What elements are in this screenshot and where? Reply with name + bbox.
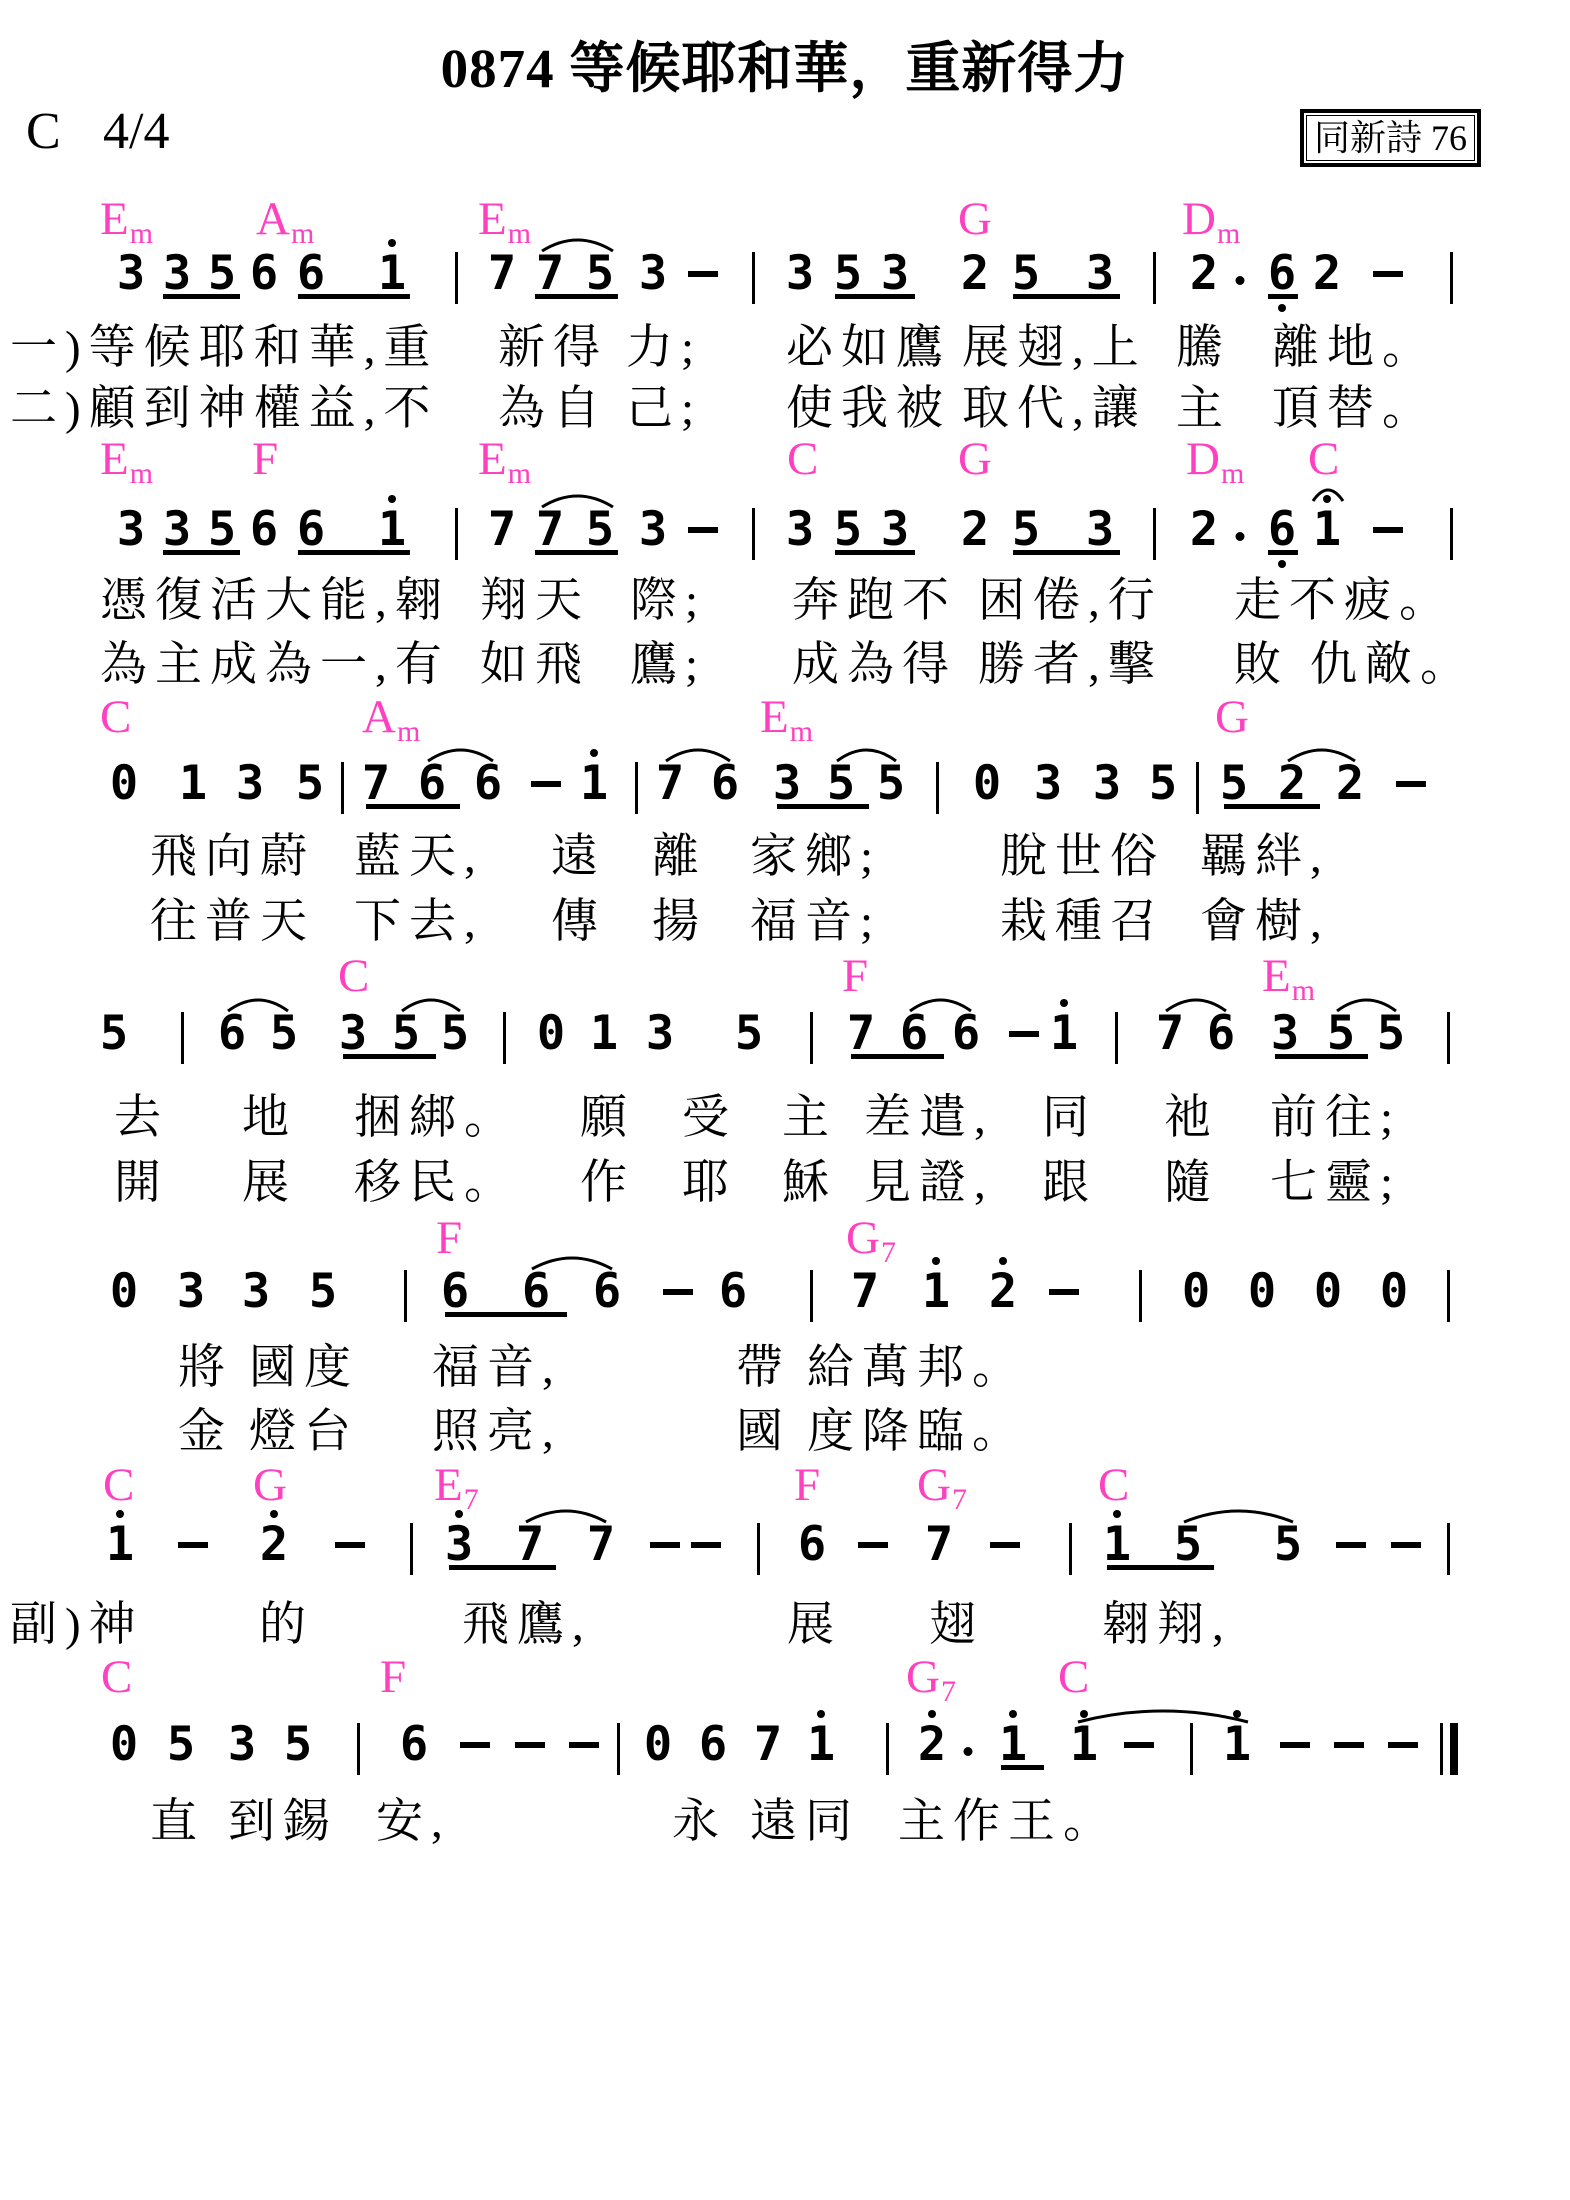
barline — [810, 1012, 813, 1064]
octave-dot-above — [590, 749, 598, 757]
note-digit: 3 — [117, 250, 145, 297]
note-digit: 3 — [163, 506, 191, 553]
key-signature: C — [26, 102, 61, 161]
note-digit: 6 — [474, 760, 502, 807]
barline — [1139, 1270, 1142, 1322]
hymn-sheet-page: 0874 等候耶和華，重新得力 C 4/4 同新詩 76 EmAmEmGDm33… — [0, 0, 1570, 2200]
octave-dot-above — [1113, 1510, 1121, 1518]
tie-arc — [664, 743, 732, 763]
chord-root: F — [380, 1651, 406, 1703]
chord-root: C — [1058, 1651, 1089, 1703]
note-digit: 6 — [1207, 1010, 1235, 1057]
lyric-segment: 差遣, — [864, 1093, 994, 1143]
note-digit: 1 — [378, 506, 406, 553]
barline — [503, 1012, 506, 1064]
octave-dot-above — [817, 1710, 825, 1718]
beam-underline — [535, 550, 618, 555]
lyric-segment: 耶 — [682, 1158, 737, 1208]
tie-arc — [226, 993, 290, 1013]
note-digit: 7 — [536, 250, 564, 297]
chord-root: F — [252, 433, 278, 485]
dash-sustain — [178, 1542, 208, 1548]
note-digit: 0 — [644, 1721, 672, 1768]
lyric-segment: 永 — [672, 1797, 727, 1847]
chord-root: G — [958, 193, 992, 245]
chord-label: C — [1098, 1462, 1129, 1509]
dash-sustain — [335, 1542, 365, 1548]
chord-root: F — [842, 950, 868, 1002]
dash-sustain — [1396, 781, 1426, 787]
beam-underline — [445, 1312, 567, 1317]
note-digit: 0 — [1314, 1268, 1342, 1315]
note-digit: 3 — [773, 760, 801, 807]
beam-underline — [1224, 804, 1320, 809]
note-digit: 1 — [106, 1521, 134, 1568]
lyric-segment: 困倦,行 — [978, 576, 1163, 626]
beam-underline — [1107, 1565, 1214, 1570]
lyric-segment: 度降臨。 — [807, 1407, 1027, 1457]
chord-subscript: m — [1221, 457, 1244, 490]
note-digit: 3 — [242, 1268, 270, 1315]
tie-arc — [540, 233, 615, 253]
dash-sustain — [1009, 1031, 1039, 1037]
note-digit: 5 — [834, 506, 862, 553]
barline — [357, 1723, 360, 1775]
chord-root: C — [101, 1651, 132, 1703]
note-digit: 2 — [1278, 760, 1306, 807]
lyric-segment: 家鄉; — [750, 832, 881, 882]
barline — [1196, 762, 1199, 814]
dash-sustain — [688, 271, 718, 277]
barline — [1447, 1523, 1450, 1575]
note-digit: 6 — [1268, 250, 1296, 297]
chord-label: G7 — [917, 1462, 967, 1523]
lyric-segment: 給萬邦。 — [807, 1343, 1027, 1393]
tie-arc — [426, 743, 495, 763]
barline — [752, 508, 755, 560]
note-digit: 0 — [110, 760, 138, 807]
dash-sustain — [460, 1742, 490, 1748]
chord-root: G — [958, 433, 992, 485]
beam-underline — [163, 294, 240, 299]
note-digit: 1 — [807, 1721, 835, 1768]
barline — [1450, 252, 1453, 304]
note-digit: 1 — [590, 1010, 618, 1057]
dash-sustain — [1373, 527, 1403, 533]
note-digit: 3 — [1093, 760, 1121, 807]
chord-subscript: m — [130, 457, 153, 490]
lyric-segment: 往普天 — [150, 897, 315, 947]
chord-label: F — [436, 1215, 462, 1262]
dash-sustain — [691, 1542, 721, 1548]
lyric-segment: 取代,讓 — [962, 384, 1147, 434]
barline — [410, 1523, 413, 1575]
lyric-segment: 揚 — [652, 897, 707, 947]
lyric-segment: 會樹, — [1200, 897, 1330, 947]
chord-root: D — [1182, 193, 1216, 245]
lyric-segment: 翔天 — [480, 576, 590, 626]
lyric-segment: 離地。 — [1272, 323, 1437, 373]
note-digit: 5 — [827, 760, 855, 807]
barline — [404, 1270, 407, 1322]
chord-subscript: 7 — [952, 1483, 967, 1516]
chord-root: C — [100, 691, 131, 743]
chord-label: G — [1215, 694, 1249, 741]
chord-label: Em — [1262, 953, 1315, 1014]
chord-root: F — [794, 1459, 820, 1511]
time-signature: 4/4 — [103, 102, 169, 161]
note-digit: 1 — [378, 250, 406, 297]
chord-root: A — [362, 691, 396, 743]
beam-underline — [1013, 550, 1120, 555]
dash-sustain — [858, 1542, 888, 1548]
lyric-segment: 為主成為一,有 — [100, 640, 450, 690]
beam-underline — [298, 294, 410, 299]
chord-subscript: m — [1292, 974, 1315, 1007]
beam-underline — [777, 804, 869, 809]
note-digit: 3 — [786, 250, 814, 297]
barline — [757, 1523, 760, 1575]
note-digit: 5 — [1327, 1010, 1355, 1057]
lyric-segment: 奔跑不 — [792, 576, 957, 626]
note-digit: 5 — [1220, 760, 1248, 807]
lyric-segment: 去 — [114, 1093, 169, 1143]
lyric-segment: 成為得 — [792, 640, 957, 690]
lyric-segment: 展翅,上 — [962, 323, 1147, 373]
chord-root: A — [256, 193, 290, 245]
beam-underline — [851, 1054, 944, 1059]
chord-label: G7 — [906, 1654, 956, 1715]
chord-root: E — [478, 193, 507, 245]
note-digit: 6 — [250, 506, 278, 553]
note-digit: 5 — [877, 760, 905, 807]
beam-underline — [343, 1054, 436, 1059]
lyric-segment: 如飛 — [480, 640, 590, 690]
chord-root: E — [478, 433, 507, 485]
lyric-segment: 頂替。 — [1272, 384, 1437, 434]
chord-label: Em — [760, 694, 813, 755]
chord-subscript: m — [790, 715, 813, 748]
octave-dot-above — [388, 239, 396, 247]
note-digit: 3 — [1086, 250, 1114, 297]
chord-subscript: 7 — [464, 1483, 479, 1516]
beam-underline — [1013, 294, 1120, 299]
note-digit: 5 — [167, 1721, 195, 1768]
reference-box: 同新詩 76 — [1300, 109, 1481, 167]
reference-label: 同新詩 76 — [1306, 115, 1475, 161]
dash-sustain — [515, 1742, 545, 1748]
lyric-segment: 遠同 — [750, 1797, 860, 1847]
note-digit: 6 — [699, 1721, 727, 1768]
note-digit: 6 — [952, 1010, 980, 1057]
lyric-segment: 願 — [580, 1093, 635, 1143]
note-digit: 5 — [735, 1010, 763, 1057]
beam-underline — [1268, 294, 1298, 299]
note-digit: 7 — [587, 1521, 615, 1568]
chord-label: C — [1308, 436, 1339, 483]
note-digit: 3 — [339, 1010, 367, 1057]
barline — [455, 252, 458, 304]
note-digit: 5 — [1274, 1521, 1302, 1568]
chord-subscript: m — [1217, 217, 1240, 250]
octave-dot-above — [270, 1510, 278, 1518]
lyric-segment: 帶 — [736, 1343, 791, 1393]
note-digit: 1 — [1103, 1521, 1131, 1568]
lyric-segment: 作 — [580, 1158, 635, 1208]
chord-label: G — [253, 1462, 287, 1509]
barline — [341, 762, 344, 814]
note-digit: 2 — [1190, 506, 1218, 553]
note-digit: 3 — [881, 506, 909, 553]
beam-underline — [298, 550, 410, 555]
augmentation-dot — [1236, 532, 1245, 541]
lyric-segment: 鷹; — [630, 640, 706, 690]
chord-label: C — [1058, 1654, 1089, 1701]
tie-arc — [540, 489, 615, 509]
augmentation-dot — [964, 1747, 973, 1756]
barline — [455, 508, 458, 560]
barline — [810, 1270, 813, 1322]
note-digit: 6 — [719, 1268, 747, 1315]
page-title: 0874 等候耶和華，重新得力 — [0, 24, 1570, 103]
lyric-segment: 七靈; — [1270, 1158, 1401, 1208]
note-digit: 2 — [1313, 250, 1341, 297]
lyric-segment: 穌 — [782, 1158, 837, 1208]
note-digit: 2 — [989, 1268, 1017, 1315]
note-digit: 5 — [1377, 1010, 1405, 1057]
dash-sustain — [531, 781, 561, 787]
note-digit: 1 — [1223, 1721, 1251, 1768]
lyric-segment: 到錫 — [228, 1797, 338, 1847]
note-digit: 1 — [1050, 1010, 1078, 1057]
note-digit: 0 — [1182, 1268, 1210, 1315]
lyric-segment: 見證, — [864, 1158, 994, 1208]
note-digit: 7 — [516, 1521, 544, 1568]
chord-root: G — [846, 1212, 880, 1264]
dash-sustain — [990, 1542, 1020, 1548]
note-digit: 3 — [117, 506, 145, 553]
note-digit: 5 — [1012, 506, 1040, 553]
note-digit: 5 — [296, 760, 324, 807]
lyric-segment: 仇敵。 — [1310, 640, 1475, 690]
note-digit: 2 — [961, 250, 989, 297]
note-digit: 6 — [418, 760, 446, 807]
octave-dot-above — [928, 1710, 936, 1718]
lyric-segment: 主 — [1176, 384, 1231, 434]
chord-root: C — [1308, 433, 1339, 485]
note-digit: 3 — [1086, 506, 1114, 553]
beam-underline — [835, 294, 915, 299]
note-digit: 6 — [1268, 506, 1296, 553]
note-digit: 7 — [1156, 1010, 1184, 1057]
lyric-segment: 己; — [626, 384, 702, 434]
note-digit: 1 — [999, 1721, 1027, 1768]
chord-label: Dm — [1186, 436, 1244, 497]
note-digit: 1 — [580, 760, 608, 807]
chord-root: E — [100, 193, 129, 245]
note-digit: 3 — [445, 1521, 473, 1568]
note-digit: 6 — [441, 1268, 469, 1315]
barline — [617, 1723, 620, 1775]
chord-label: Em — [478, 436, 531, 497]
lyric-segment: 翅 — [929, 1600, 984, 1650]
lyric-segment: 飛鷹, — [462, 1600, 592, 1650]
lyric-segment: 的 — [259, 1600, 314, 1650]
note-digit: 6 — [900, 1010, 928, 1057]
chord-root: E — [434, 1459, 463, 1511]
lyric-segment: 祂 — [1164, 1093, 1219, 1143]
chord-label: F — [842, 953, 868, 1000]
lyric-segment: 直 — [150, 1797, 205, 1847]
lyric-segment: 遠 — [551, 832, 606, 882]
chord-subscript: m — [397, 715, 420, 748]
note-digit: 1 — [1070, 1721, 1098, 1768]
lyric-segment: 羈絆, — [1200, 832, 1330, 882]
note-digit: 1 — [179, 760, 207, 807]
note-digit: 3 — [646, 1010, 674, 1057]
chord-root: C — [103, 1459, 134, 1511]
note-digit: 0 — [110, 1268, 138, 1315]
note-digit: 6 — [297, 506, 325, 553]
lyric-segment: 力; — [626, 323, 702, 373]
note-digit: 5 — [441, 1010, 469, 1057]
lyric-segment: 脫世俗 — [1000, 832, 1165, 882]
note-digit: 0 — [110, 1721, 138, 1768]
note-digit: 7 — [925, 1521, 953, 1568]
chord-label: C — [101, 1654, 132, 1701]
note-digit: 6 — [400, 1721, 428, 1768]
octave-dot-below — [1278, 560, 1286, 568]
dash-sustain — [1388, 1742, 1418, 1748]
lyric-segment: 福音, — [432, 1343, 562, 1393]
lyric-segment: 捆綁。 — [354, 1093, 519, 1143]
note-digit: 6 — [798, 1521, 826, 1568]
note-digit: 5 — [586, 250, 614, 297]
note-digit: 3 — [1271, 1010, 1299, 1057]
note-digit: 3 — [639, 506, 667, 553]
beam-underline — [1001, 1765, 1044, 1770]
note-digit: 0 — [1248, 1268, 1276, 1315]
lyric-segment: 安, — [376, 1797, 451, 1847]
note-digit: 5 — [1149, 760, 1177, 807]
note-digit: 0 — [537, 1010, 565, 1057]
tie-arc — [1286, 743, 1357, 763]
chord-label: G — [958, 436, 992, 483]
note-digit: 7 — [488, 506, 516, 553]
note-digit: 7 — [851, 1268, 879, 1315]
note-digit: 5 — [270, 1010, 298, 1057]
chord-root: C — [1098, 1459, 1129, 1511]
lyric-segment: 開 — [114, 1158, 169, 1208]
note-digit: 5 — [1174, 1521, 1202, 1568]
tie-arc — [908, 993, 973, 1013]
note-digit: 7 — [847, 1010, 875, 1057]
note-digit: 2 — [961, 506, 989, 553]
barline — [936, 762, 939, 814]
tie-arc — [1335, 993, 1398, 1013]
lyric-segment: 主作王。 — [898, 1797, 1118, 1847]
dash-sustain — [1373, 271, 1403, 277]
tie-arc — [1311, 483, 1345, 503]
chord-root: E — [1262, 950, 1291, 1002]
chord-root: D — [1186, 433, 1220, 485]
chord-label: F — [252, 436, 278, 483]
dash-sustain — [688, 527, 718, 533]
beam-underline — [449, 1565, 556, 1570]
note-digit: 3 — [236, 760, 264, 807]
octave-dot-above — [388, 495, 396, 503]
lyric-segment: 必如鷹 — [786, 323, 951, 373]
note-digit: 6 — [297, 250, 325, 297]
lyric-segment: 新得 — [498, 323, 608, 373]
chord-root: G — [1215, 691, 1249, 743]
lyric-segment: 栽種召 — [1000, 897, 1165, 947]
note-digit: 5 — [208, 250, 236, 297]
chord-label: C — [787, 436, 818, 483]
barline — [752, 252, 755, 304]
chord-root: G — [917, 1459, 951, 1511]
lyric-segment: 主 — [782, 1093, 837, 1143]
note-digit: 3 — [177, 1268, 205, 1315]
note-digit: 5 — [309, 1268, 337, 1315]
lyric-segment: 下去, — [354, 897, 484, 947]
tie-arc — [400, 993, 462, 1013]
note-digit: 6 — [250, 250, 278, 297]
lyric-segment: 離 — [652, 832, 707, 882]
octave-dot-above — [1060, 999, 1068, 1007]
lyric-segment: 憑復活大能,翱 — [100, 576, 450, 626]
octave-dot-above — [999, 1257, 1007, 1265]
tie-arc — [1076, 1704, 1250, 1724]
note-digit: 5 — [586, 506, 614, 553]
lyric-segment: 國度 — [249, 1343, 359, 1393]
note-digit: 2 — [1190, 250, 1218, 297]
note-digit: 3 — [881, 250, 909, 297]
chord-label: C — [103, 1462, 134, 1509]
note-digit: 7 — [656, 760, 684, 807]
barline — [1069, 1523, 1072, 1575]
lyric-segment: 際; — [630, 576, 706, 626]
tie-arc — [530, 1251, 614, 1271]
lyric-segment: 勝者,擊 — [978, 640, 1163, 690]
barline — [635, 762, 638, 814]
barline — [1450, 508, 1453, 560]
chord-label: F — [380, 1654, 406, 1701]
note-digit: 5 — [1012, 250, 1040, 297]
lyric-segment: 敗 — [1234, 640, 1289, 690]
lyric-segment: 為自 — [498, 384, 608, 434]
augmentation-dot — [1236, 276, 1245, 285]
lyric-segment: 同 — [1042, 1093, 1097, 1143]
note-digit: 1 — [922, 1268, 950, 1315]
note-digit: 5 — [392, 1010, 420, 1057]
lyric-segment: 將 — [178, 1343, 233, 1393]
final-barline-thick — [1450, 1723, 1458, 1775]
chord-root: E — [760, 691, 789, 743]
lyric-segment: 燈台 — [249, 1407, 359, 1457]
note-digit: 6 — [218, 1010, 246, 1057]
dash-sustain — [1049, 1289, 1079, 1295]
note-digit: 5 — [208, 506, 236, 553]
chord-root: E — [100, 433, 129, 485]
tie-arc — [835, 743, 898, 763]
barline — [1447, 1012, 1450, 1064]
barline — [886, 1723, 889, 1775]
lyric-segment: 副)神 — [10, 1600, 144, 1650]
note-digit: 1 — [1313, 506, 1341, 553]
chord-label: F — [794, 1462, 820, 1509]
lyric-segment: 二)顧到神權益,不 — [10, 384, 438, 434]
